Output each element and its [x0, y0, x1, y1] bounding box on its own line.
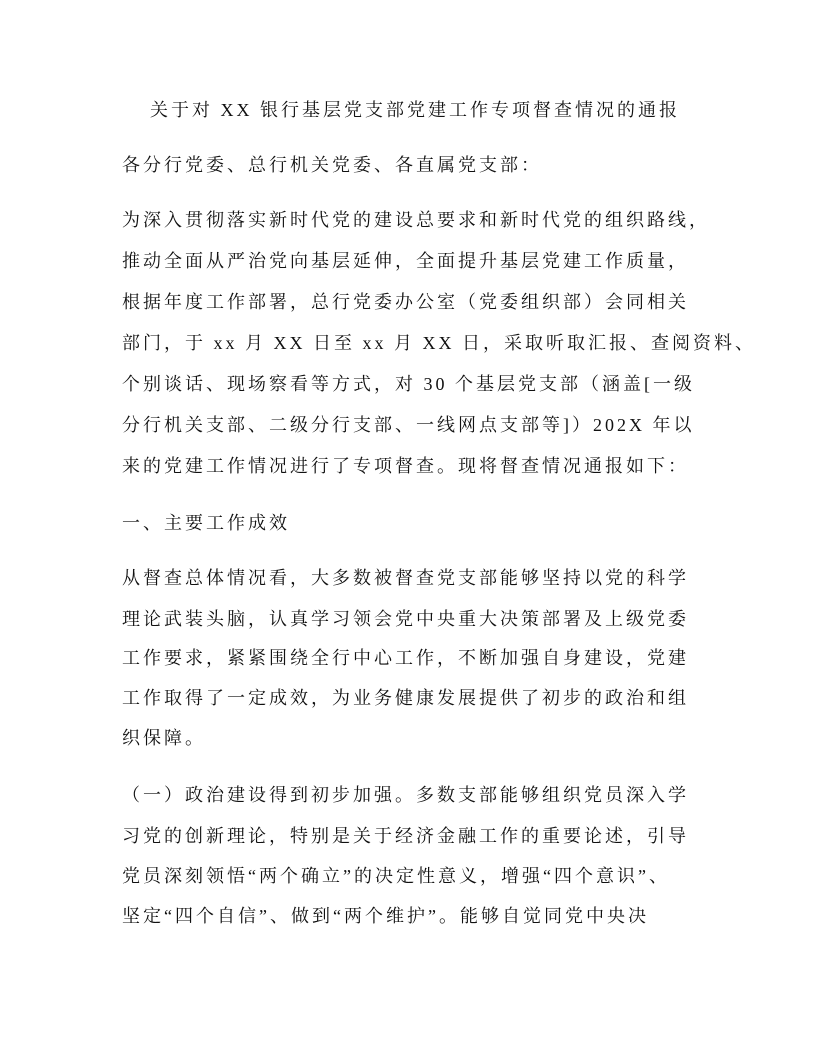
text-line: 工作要求，紧紧围绕全行中心工作，不断加强自身建设，党建 [122, 648, 689, 668]
text-line: 织保障。 [122, 728, 206, 748]
text-line: 推动全面从严治党向基层延伸，全面提升基层党建工作质量， [122, 251, 689, 271]
text-line: 部门，于 xx 月 XX 日至 xx 月 XX 日，采取听取汇报、查阅资料、 [122, 333, 756, 353]
text-line: 来的党建工作情况进行了专项督查。现将督查情况通报如下： [122, 456, 689, 476]
text-line: 分行机关支部、二级分行支部、一线网点支部等]）202X 年以 [122, 415, 695, 435]
text-line: （一）政治建设得到初步加强。多数支部能够组织党员深入学 [122, 785, 689, 805]
text-line: 根据年度工作部署，总行党委办公室（党委组织部）会同相关 [122, 292, 689, 312]
text-line: 从督查总体情况看，大多数被督查党支部能够坚持以党的科学 [122, 568, 689, 588]
text-line: 坚定“四个自信”、做到“两个维护”。能够自觉同党中央决 [122, 906, 649, 926]
salutation: 各分行党委、总行机关党委、各直属党支部： [122, 155, 542, 175]
document-title: 关于对 XX 银行基层党支部党建工作专项督查情况的通报 [150, 100, 680, 120]
text-line: 工作取得了一定成效，为业务健康发展提供了初步的政治和组 [122, 688, 689, 708]
text-line: 个别谈话、现场察看等方式，对 30 个基层党支部（涵盖[一级 [122, 374, 695, 394]
text-line: 党员深刻领悟“两个确立”的决定性意义，增强“四个意识”、 [122, 866, 670, 886]
document-page: 关于对 XX 银行基层党支部党建工作专项督查情况的通报 各分行党委、总行机关党委… [0, 0, 816, 1056]
section-heading: 一、主要工作成效 [122, 513, 290, 533]
text-line: 习党的创新理论，特别是关于经济金融工作的重要论述，引导 [122, 826, 689, 846]
text-line: 理论武装头脑，认真学习领会党中央重大决策部署及上级党委 [122, 609, 689, 629]
text-line: 为深入贯彻落实新时代党的建设总要求和新时代党的组织路线， [122, 210, 710, 230]
